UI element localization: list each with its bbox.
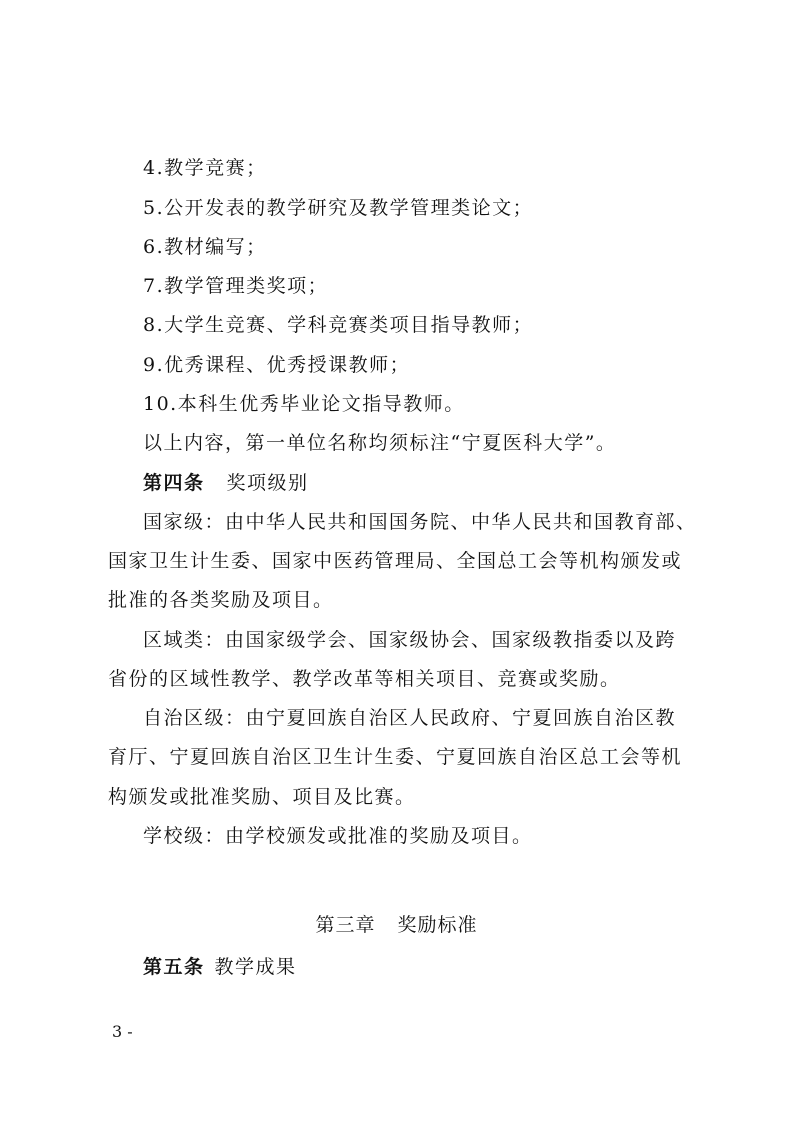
list-item: 10.本科生优秀毕业论文指导教师。 (143, 392, 465, 416)
autonomous-level-line: 构颁发或批准奖励、项目及比赛。 (108, 785, 416, 809)
article4-title: 奖项级别 (227, 472, 309, 494)
note-paragraph: 以上内容，第一单位名称均须标注“宁夏医科大学”。 (143, 431, 616, 455)
autonomous-level-line: 育厅、宁夏回族自治区卫生计生委、宁夏回族自治区总工会等机 (108, 745, 682, 769)
article4-heading: 第四条奖项级别 (143, 471, 309, 495)
list-item: 6.教材编写； (143, 235, 267, 259)
list-item: 9.优秀课程、优秀授课教师； (143, 353, 410, 377)
article5-title: 教学成果 (215, 956, 297, 978)
chapter-title: 奖励标准 (398, 914, 478, 936)
article5-label: 第五条 (143, 956, 205, 978)
list-item: 8.大学生竞赛、学科竞赛类项目指导教师； (143, 313, 533, 337)
national-level-line: 国家卫生计生委、国家中医药管理局、全国总工会等机构颁发或 (108, 549, 682, 573)
regional-level-line: 省份的区域性教学、教学改革等相关项目、竞赛或奖励。 (108, 667, 621, 691)
page-number: 3 - (112, 1022, 133, 1042)
article4-label: 第四条 (143, 472, 205, 494)
autonomous-level-line: 自治区级：由宁夏回族自治区人民政府、宁夏回族自治区教 (143, 706, 676, 730)
school-level-line: 学校级：由学校颁发或批准的奖励及项目。 (143, 824, 533, 848)
national-level-line: 批准的各类奖励及项目。 (108, 588, 334, 612)
national-level-line: 国家级：由中华人民共和国国务院、中华人民共和国教育部、 (143, 510, 697, 534)
list-item: 5.公开发表的教学研究及教学管理类论文； (143, 196, 533, 220)
chapter-label: 第三章 (315, 914, 375, 936)
list-item: 4.教学竞赛； (143, 156, 267, 180)
document-page: 4.教学竞赛； 5.公开发表的教学研究及教学管理类论文； 6.教材编写； 7.教… (0, 0, 793, 1122)
list-item: 7.教学管理类奖项； (143, 274, 328, 298)
regional-level-line: 区域类：由国家级学会、国家级协会、国家级教指委以及跨 (143, 628, 676, 652)
chapter-heading: 第三章奖励标准 (0, 913, 793, 937)
article5-heading: 第五条教学成果 (143, 955, 297, 979)
